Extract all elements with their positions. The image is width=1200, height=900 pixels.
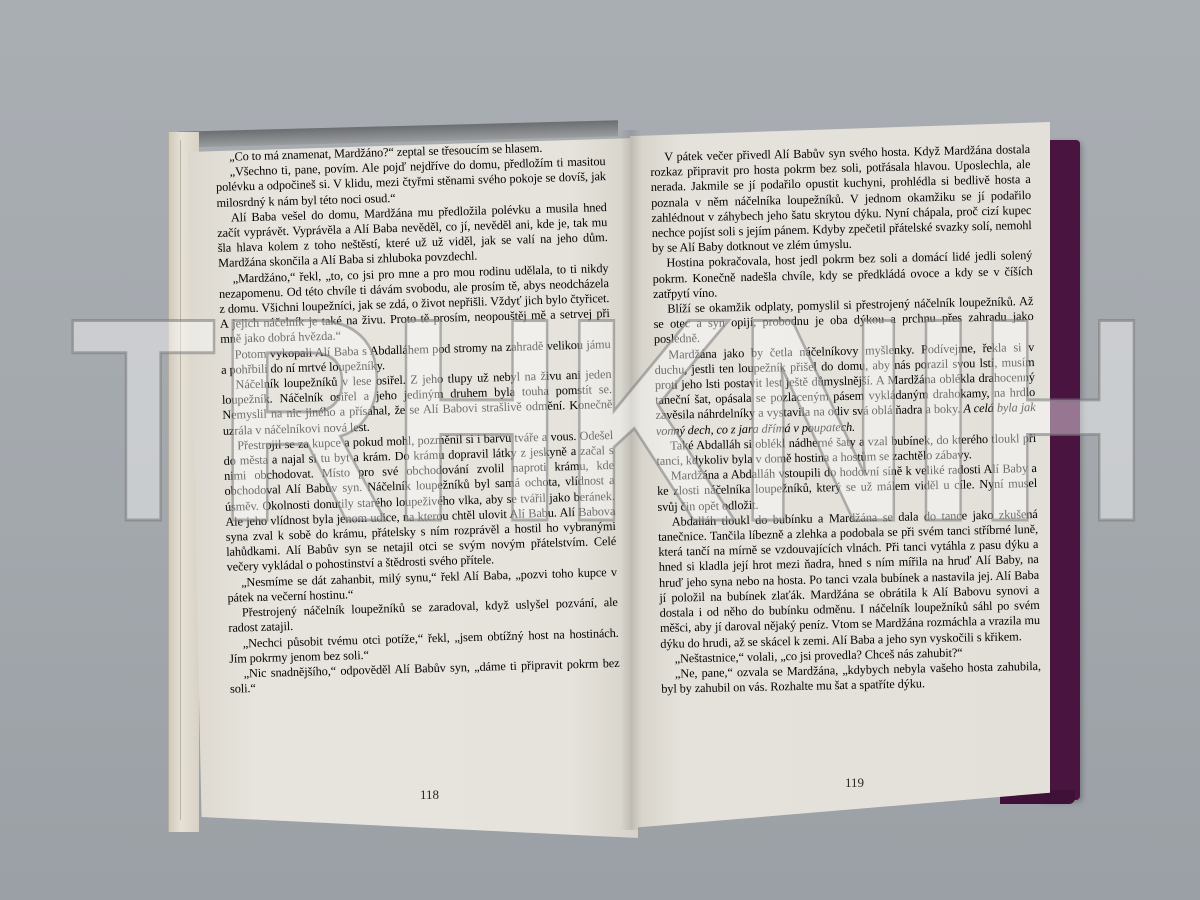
right-page-text: V pátek večer přivedl Alí Babův syn svéh… [650,142,1041,697]
paragraph: Alí Baba vešel do domu, Mardžána mu před… [217,200,609,272]
paragraph: Abdalláh tloukl do bubínku a Mardžána se… [658,507,1041,652]
left-page-text: „Co to má znamenat, Mardžáno?“ zeptal se… [215,139,620,697]
paragraph: Mardžána jako by četla náčelníkovy myšle… [654,340,1036,439]
book-gutter [620,130,642,830]
paragraph: Přestrojil se za kupce a pokud mohl, poz… [223,428,617,576]
paragraph: Náčelník loupežníků v lese osiřel. Z jeh… [221,367,613,439]
paragraph: Blíží se okamžik odplaty, pomyslil si př… [653,294,1034,348]
page-number-right: 119 [845,775,864,791]
paragraph: „Mardžáno,“ řekl, „to, co jsi pro mne a … [218,261,610,348]
paragraph: Hostina pokračovala, host jedl pokrm bez… [652,248,1033,302]
page-stack-line [180,140,181,820]
paragraph: Mardžána a Abdalláh vstoupili do hodovní… [657,461,1038,515]
paragraph: V pátek večer přivedl Alí Babův syn svéh… [650,142,1032,256]
page-number-left: 118 [420,787,439,803]
